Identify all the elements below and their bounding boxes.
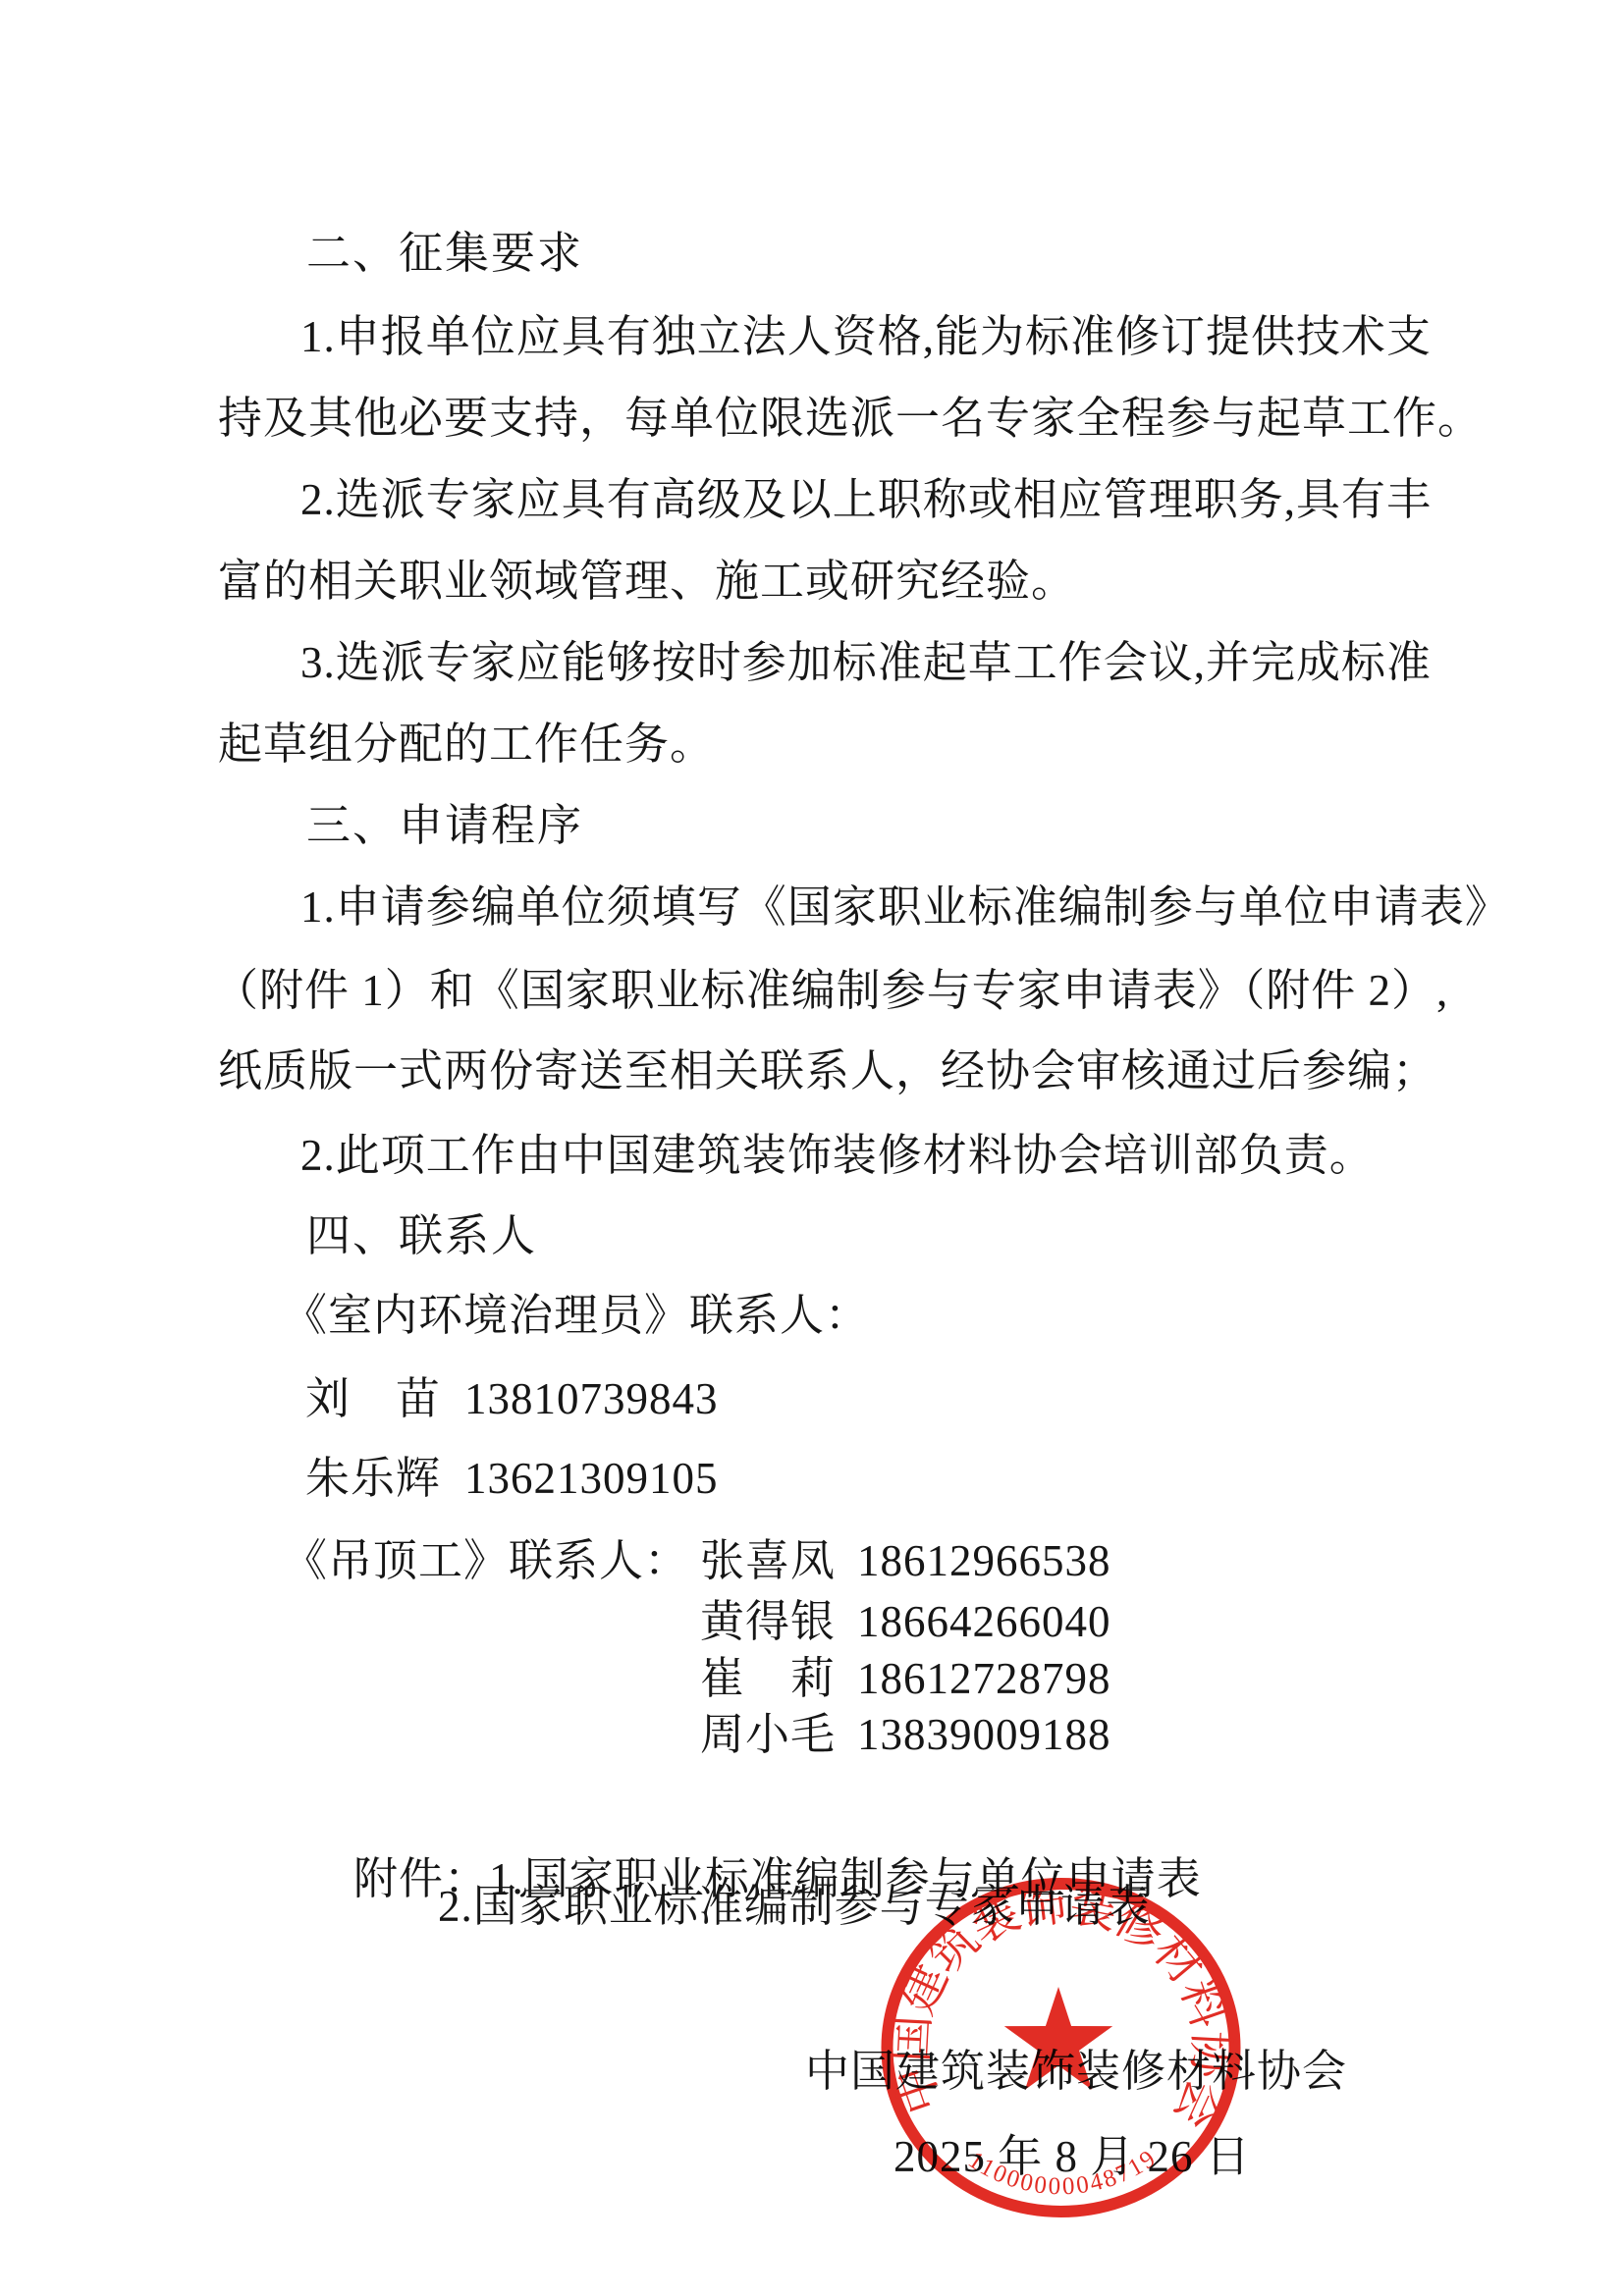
section3-heading: 三、申请程序 (306, 799, 583, 852)
contact-name: 崔 莉 (700, 1652, 836, 1705)
seal-star-icon (1004, 1987, 1112, 2090)
section2-para2-line1: 2.选派专家应具有高级及以上职称或相应管理职务,具有丰 (300, 473, 1432, 526)
section2-para3-line2: 起草组分配的工作任务。 (218, 718, 715, 771)
contact-phone: 13839009188 (857, 1708, 1111, 1761)
section3-para1-line1: 1.申请参编单位须填写《国家职业标准编制参与单位申请表》 (300, 881, 1510, 934)
section4-heading: 四、联系人 (306, 1209, 537, 1262)
section2-heading: 二、征集要求 (306, 227, 583, 280)
section2-para2-line2: 富的相关职业领域管理、施工或研究经验。 (218, 555, 1076, 608)
contact-name: 朱乐辉 (305, 1452, 441, 1505)
contact-name: 周小毛 (700, 1708, 836, 1761)
section3-para1-line2: （附件 1）和《国家职业标准编制参与专家申请表》（附件 2）, (214, 964, 1448, 1017)
contact-name: 张喜凤 (700, 1534, 836, 1587)
official-seal: 中国建筑装饰装修材料协会 11000000048719 (854, 1845, 1276, 2238)
contact-name: 黄得银 (700, 1595, 836, 1648)
contact-phone: 18664266040 (857, 1595, 1111, 1648)
section2-para3-line1: 3.选派专家应能够按时参加标准起草工作会议,并完成标准 (300, 636, 1432, 689)
contact-phone: 18612966538 (857, 1534, 1111, 1587)
contact-group1-title: 《室内环境治理员》联系人： (283, 1289, 870, 1342)
section3-para1-line3: 纸质版一式两份寄送至相关联系人，经协会审核通过后参编； (218, 1044, 1437, 1097)
contact-name: 刘 苗 (305, 1372, 441, 1425)
section2-para1-line2: 持及其他必要支持，每单位限选派一名专家全程参与起草工作。 (218, 392, 1483, 445)
contact-phone: 13810739843 (464, 1372, 719, 1425)
contact-phone: 18612728798 (857, 1652, 1111, 1705)
document-page: 二、征集要求 1.申报单位应具有独立法人资格,能为标准修订提供技术支 持及其他必… (0, 0, 1624, 2296)
section3-para2: 2.此项工作由中国建筑装饰装修材料协会培训部负责。 (300, 1129, 1375, 1182)
contact-group2-title: 《吊顶工》联系人： (283, 1534, 689, 1587)
section2-para1-line1: 1.申报单位应具有独立法人资格,能为标准修订提供技术支 (300, 310, 1432, 363)
contact-phone: 13621309105 (464, 1452, 719, 1505)
